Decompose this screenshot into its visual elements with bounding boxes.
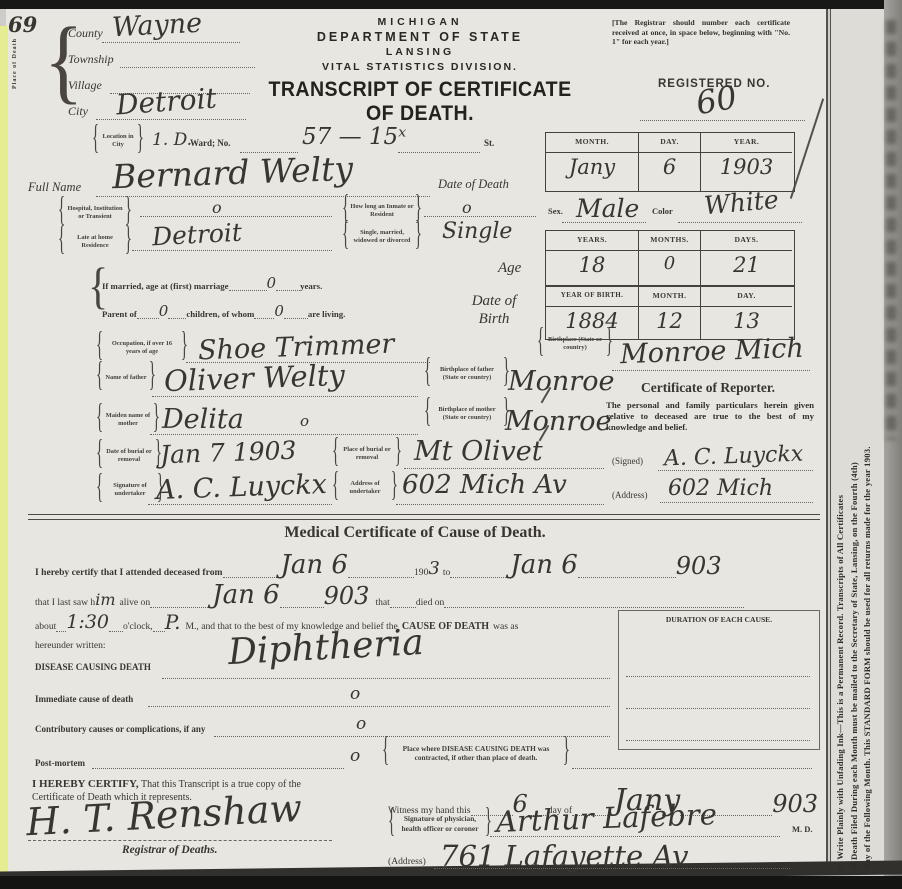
birthplace-value: Monroe Mich bbox=[620, 335, 805, 368]
mother-name-value: Delita bbox=[162, 406, 244, 433]
scanned-death-certificate: 69 Place of Death { County Wayne Townshi… bbox=[0, 0, 902, 889]
agency-line-2: DEPARTMENT OF STATE bbox=[250, 30, 590, 44]
age-months-value: 0 bbox=[638, 251, 700, 285]
dotted-line bbox=[150, 591, 212, 608]
sex-value: Male bbox=[576, 196, 639, 221]
dotted-line bbox=[214, 736, 610, 737]
county-value: Wayne bbox=[111, 10, 202, 42]
dod-month-value: Jany bbox=[546, 153, 638, 191]
dod-month-header: MONTH. bbox=[546, 133, 638, 153]
township-label: Township bbox=[68, 52, 114, 67]
undertaker-sig-value: A. C. Luyckx bbox=[156, 471, 328, 504]
burial-place-label: Place of burial or removal bbox=[340, 446, 394, 463]
form-title: TRANSCRIPT OF CERTIFICATE OF DEATH. bbox=[262, 78, 578, 126]
margin-line-1: ☞ Write Plainly with Unfading Ink—This i… bbox=[834, 14, 848, 870]
age-days-header: DAYS. bbox=[700, 231, 792, 251]
about-label: about bbox=[35, 621, 56, 632]
dotted-line bbox=[390, 591, 416, 608]
disease-label: DISEASE CAUSING DEATH bbox=[35, 662, 151, 672]
dotted-line bbox=[152, 396, 418, 397]
dotted-line bbox=[404, 468, 604, 469]
hospital-value: o bbox=[212, 200, 222, 216]
dotted-line bbox=[153, 615, 165, 632]
dotted-line bbox=[626, 708, 810, 709]
dotted-line bbox=[120, 67, 255, 68]
attended-line: I hereby certify that I attended decease… bbox=[35, 552, 722, 578]
reporter-body: The personal and family particulars here… bbox=[606, 400, 814, 433]
physician-signature: Arthur Lafebre bbox=[496, 800, 718, 837]
certify-bold: I HEREBY CERTIFY, bbox=[32, 778, 139, 790]
marriage-suffix: years. bbox=[300, 281, 322, 291]
marital-label: Single, married, widowed or divorced bbox=[350, 229, 414, 246]
birth-month-value: 12 bbox=[638, 307, 700, 339]
location-in-city-label: Location in City bbox=[100, 133, 136, 150]
dod-year-header: YEAR. bbox=[700, 133, 792, 153]
contributory-value: o bbox=[356, 716, 366, 733]
dotted-line bbox=[578, 561, 676, 578]
parent-mid: children, of whom bbox=[186, 309, 254, 319]
line3-tail: was as bbox=[493, 621, 518, 632]
witness-year-value: 903 bbox=[772, 792, 818, 816]
oclock-label: o'clock, bbox=[123, 621, 153, 632]
birth-year-header: YEAR OF BIRTH. bbox=[546, 287, 638, 307]
to-word: to bbox=[443, 567, 450, 578]
residence-label: Late at home Residence bbox=[66, 234, 124, 251]
physician-address-value: 761 Lafayette Av bbox=[440, 842, 689, 871]
dotted-line bbox=[140, 216, 332, 217]
immediate-cause-label: Immediate cause of death bbox=[35, 694, 133, 704]
time-value: 1:30 bbox=[66, 613, 109, 632]
registered-no-value: 60 bbox=[694, 81, 740, 120]
mother-extra-mark: o bbox=[300, 414, 309, 429]
attended-to-value: Jan 6 bbox=[510, 552, 577, 578]
dotted-line bbox=[490, 836, 780, 837]
reporter-address-label: (Address) bbox=[612, 490, 648, 500]
dotted-line bbox=[56, 615, 66, 632]
howlong-label: How long an Inmate or Resident bbox=[350, 203, 414, 220]
children-count-value: 0 bbox=[159, 304, 169, 319]
father-name-value: Oliver Welty bbox=[164, 361, 346, 396]
dotted-line bbox=[168, 302, 186, 319]
attended-from-value: Jan 6 bbox=[281, 552, 348, 578]
dotted-line bbox=[284, 302, 308, 319]
that-word: that bbox=[375, 597, 389, 608]
margin-instructions: ☞ Write Plainly with Unfading Ink—This i… bbox=[834, 14, 882, 870]
dotted-line bbox=[424, 216, 536, 217]
marital-value: Single bbox=[442, 221, 512, 243]
undertaker-sig-label: Signature of undertaker bbox=[104, 482, 156, 499]
agency-line-1: MICHIGAN bbox=[250, 16, 590, 28]
residence-value: Detroit bbox=[151, 220, 242, 250]
dotted-line bbox=[148, 706, 610, 707]
duration-box: DURATION OF EACH CAUSE. bbox=[618, 610, 820, 750]
dotted-line bbox=[398, 152, 480, 153]
dotted-line bbox=[280, 591, 324, 608]
agency-line-3: LANSING bbox=[250, 46, 590, 58]
mother-birthplace-label: Birthplace of mother (State or country) bbox=[432, 406, 502, 423]
disease-value: Diphtheria bbox=[227, 625, 424, 671]
age-years-value: 18 bbox=[546, 251, 638, 285]
full-name-label: Full Name bbox=[28, 180, 81, 195]
reporter-signed-value: A. C. Luyckx bbox=[664, 444, 804, 471]
dotted-line bbox=[137, 302, 159, 319]
dotted-line bbox=[96, 196, 430, 197]
ward-number-value: 57 — 15ˣ bbox=[302, 126, 406, 149]
dotted-line bbox=[626, 740, 810, 741]
dotted-line bbox=[678, 222, 802, 223]
agency-line-4: VITAL STATISTICS DIVISION. bbox=[250, 61, 590, 73]
registrar-title: Registrar of Deaths. bbox=[122, 844, 218, 856]
place-contracted-label: Place where DISEASE CAUSING DEATH was co… bbox=[390, 744, 562, 763]
marriage-age-value: 0 bbox=[267, 276, 277, 291]
reporter-title: Certificate of Reporter. bbox=[600, 380, 816, 396]
alive-on-label: alive on bbox=[120, 597, 151, 608]
howlong-value: o bbox=[462, 200, 472, 216]
dotted-line bbox=[348, 561, 414, 578]
last-saw-line: that I last saw h im alive on Jan 6 903 … bbox=[35, 582, 744, 608]
reporter-address-value: 602 Mich bbox=[668, 478, 773, 500]
color-label: Color bbox=[652, 206, 673, 216]
place-of-death-vertical-label: Place of Death bbox=[12, 38, 18, 89]
father-name-label: Name of father bbox=[104, 374, 148, 382]
dotted-line bbox=[109, 615, 123, 632]
father-birthplace-label: Birthplace of father (State or country) bbox=[432, 366, 502, 383]
dotted-line bbox=[444, 591, 744, 608]
reporter-signed-label: (Signed) bbox=[612, 456, 643, 466]
undertaker-addr-label: Address of undertaker bbox=[340, 480, 390, 497]
immediate-cause-value: o bbox=[350, 686, 360, 703]
birth-day-header: DAY. bbox=[700, 287, 792, 307]
year-printed: 190 bbox=[414, 567, 428, 578]
age-label: Age bbox=[498, 260, 521, 277]
last-saw-date-value: Jan 6 bbox=[212, 582, 279, 608]
dotted-line bbox=[162, 678, 610, 679]
attended-to-year: 903 bbox=[676, 554, 722, 578]
dod-day-header: DAY. bbox=[638, 133, 700, 153]
dashed-line bbox=[28, 840, 332, 841]
scan-left-yellow-strip bbox=[0, 26, 8, 880]
attended-prefix: I hereby certify that I attended decease… bbox=[35, 567, 223, 578]
scan-bottom-bar bbox=[0, 876, 902, 889]
birth-month-header: MONTH. bbox=[638, 287, 700, 307]
undertaker-addr-value: 602 Mich Av bbox=[402, 472, 567, 498]
dotted-line bbox=[396, 504, 604, 505]
pronoun-value: im bbox=[95, 592, 115, 608]
date-of-death-label: Date of Death bbox=[438, 177, 509, 192]
medical-title: Medical Certificate of Cause of Death. bbox=[0, 524, 830, 542]
registrar-note: [The Registrar should number each certif… bbox=[612, 18, 790, 47]
birthplace-label: Birthplace (State or country) bbox=[545, 336, 605, 353]
dotted-line bbox=[223, 561, 281, 578]
birth-year-value: 1884 bbox=[546, 307, 638, 339]
dod-day-value: 6 bbox=[638, 153, 700, 191]
parent-line: Parent of 0 children, of whom 0 are livi… bbox=[102, 302, 345, 319]
living-count-value: 0 bbox=[274, 304, 284, 319]
dotted-line bbox=[229, 274, 267, 291]
md-label: M. D. bbox=[792, 824, 813, 834]
street-label: St. bbox=[484, 138, 494, 148]
margin-line-3: Day of the Following Month. This STANDAR… bbox=[861, 14, 875, 870]
section-divider bbox=[28, 514, 820, 520]
ward-no-label: Ward; No. bbox=[190, 138, 231, 148]
dotted-line bbox=[626, 676, 810, 677]
date-of-death-table: MONTH. Jany DAY. 6 YEAR. 1903 bbox=[545, 132, 795, 192]
location-ward-prefix: 1. D. bbox=[152, 132, 192, 149]
parent-suffix: are living. bbox=[308, 309, 345, 319]
dotted-line bbox=[434, 868, 790, 869]
full-name-value: Bernard Welty bbox=[111, 152, 353, 193]
burial-place-value: Mt Olivet bbox=[414, 438, 543, 465]
duration-header: DURATION OF EACH CAUSE. bbox=[619, 615, 819, 624]
age-years-header: YEARS. bbox=[546, 231, 638, 251]
date-of-birth-label: Date of Birth bbox=[458, 292, 530, 328]
dotted-line bbox=[640, 120, 805, 121]
mother-name-label: Maiden name of mother bbox=[104, 412, 152, 429]
dotted-line bbox=[612, 370, 810, 371]
village-label: Village bbox=[68, 78, 102, 93]
hereunder-label: hereunder written: bbox=[35, 640, 106, 651]
occupation-label: Occupation, if over 16 years of age bbox=[104, 340, 180, 357]
dotted-line bbox=[148, 504, 332, 505]
agency-header: MICHIGAN DEPARTMENT OF STATE LANSING VIT… bbox=[250, 16, 590, 126]
dod-year-value: 1903 bbox=[700, 153, 792, 191]
parent-prefix: Parent of bbox=[102, 309, 137, 319]
dotted-line bbox=[660, 502, 813, 503]
physician-address-label: (Address) bbox=[388, 856, 426, 867]
scan-edge-smudge bbox=[886, 20, 896, 440]
last-saw-prefix: that I last saw h bbox=[35, 597, 95, 608]
margin-double-rule bbox=[826, 9, 828, 874]
physician-sig-label: Signature of physician, health officer o… bbox=[396, 814, 484, 833]
postmortem-label: Post-mortem bbox=[35, 758, 85, 768]
died-on-label: died on bbox=[416, 597, 445, 608]
burial-date-label: Date of burial or removal bbox=[104, 448, 154, 465]
burial-date-value: Jan 7 1903 bbox=[160, 438, 297, 468]
dotted-line bbox=[132, 250, 332, 251]
county-label: County bbox=[68, 26, 103, 41]
marriage-line: If married, age at (first) marriage 0 ye… bbox=[102, 274, 322, 291]
sex-label: Sex. bbox=[548, 206, 563, 216]
color-value: White bbox=[703, 187, 780, 218]
age-days-value: 21 bbox=[700, 251, 792, 285]
dotted-line bbox=[658, 470, 813, 471]
contributory-label: Contributory causes or complications, if… bbox=[35, 724, 205, 734]
mother-birthplace-value: Monroe bbox=[505, 408, 611, 435]
dotted-line bbox=[276, 274, 300, 291]
father-birthplace-value: Monroe bbox=[508, 368, 614, 395]
dotted-line bbox=[254, 302, 274, 319]
margin-line-2: of Death Filed During each Month must be… bbox=[848, 14, 862, 870]
city-label: City bbox=[68, 104, 88, 119]
meridian-value: P. bbox=[165, 612, 181, 632]
marriage-prefix: If married, age at (first) marriage bbox=[102, 281, 229, 291]
hospital-label: Hospital, Institution or Transient bbox=[66, 205, 124, 222]
postmortem-value: o bbox=[350, 748, 360, 765]
attended-from-year-digit: 3 bbox=[428, 560, 439, 578]
dotted-line bbox=[150, 434, 418, 435]
age-months-header: MONTHS. bbox=[638, 231, 700, 251]
city-value: Detroit bbox=[115, 85, 217, 120]
scan-top-bar bbox=[0, 0, 902, 9]
dotted-line bbox=[562, 222, 646, 223]
dotted-line bbox=[572, 768, 812, 769]
last-saw-year-value: 903 bbox=[324, 584, 370, 608]
date-of-birth-table: YEAR OF BIRTH. 1884 MONTH. 12 DAY. 13 bbox=[545, 286, 795, 340]
stamp-number: 69 bbox=[8, 14, 37, 35]
age-table: YEARS. 18 MONTHS. 0 DAYS. 21 bbox=[545, 230, 795, 286]
dotted-line bbox=[450, 561, 510, 578]
dotted-line bbox=[92, 768, 344, 769]
